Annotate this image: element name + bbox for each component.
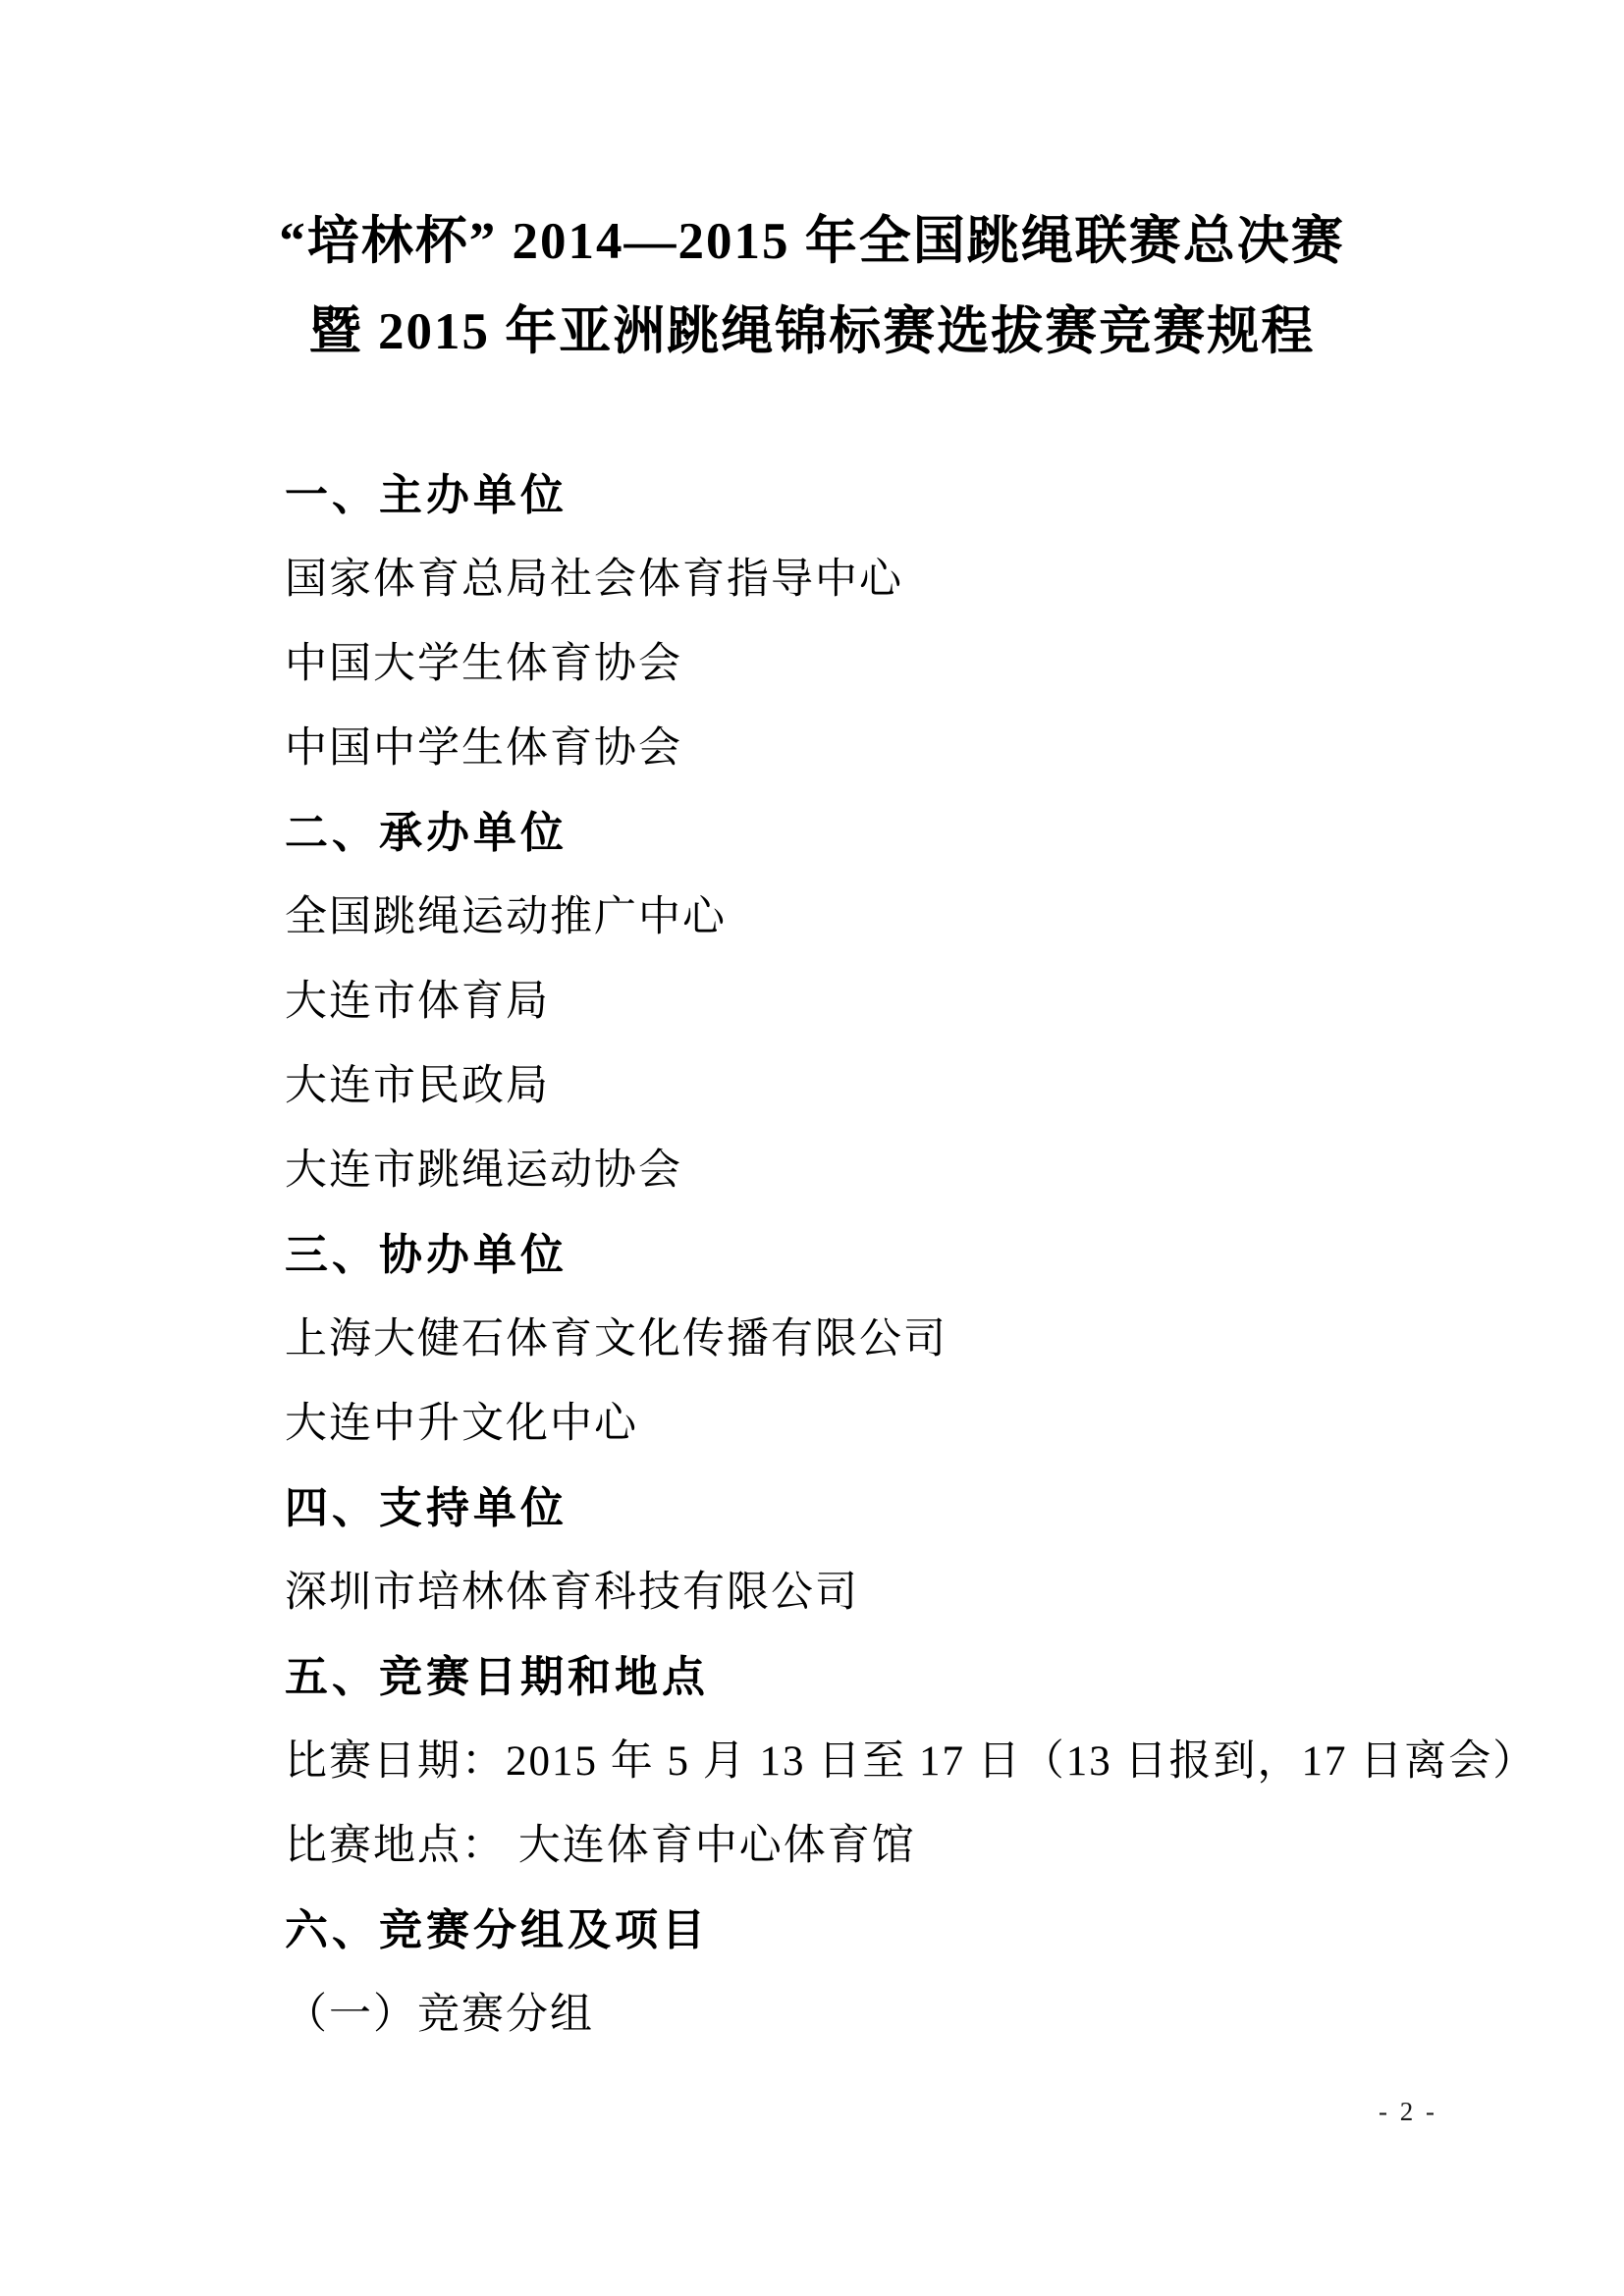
title-line-2: 暨 2015 年亚洲跳绳锦标赛选拔赛竞赛规程 [0,287,1624,377]
section-1-item-2: 中国大学生体育协会 [285,622,1483,707]
section-3-item-2: 大连中升文化中心 [285,1382,1483,1467]
section-5-item-1: 比赛日期：2015 年 5 月 13 日至 17 日（13 日报到，17 日离会… [285,1720,1483,1804]
document-body: 一、主办单位 国家体育总局社会体育指导中心 中国大学生体育协会 中国中学生体育协… [285,454,1483,2057]
section-1-item-3: 中国中学生体育协会 [285,707,1483,791]
document-page: “培林杯” 2014—2015 年全国跳绳联赛总决赛 暨 2015 年亚洲跳绳锦… [0,0,1624,2296]
section-5-heading: 五、竞赛日期和地点 [285,1635,1483,1720]
section-4-item-1: 深圳市培林体育科技有限公司 [285,1551,1483,1635]
section-1-heading: 一、主办单位 [285,454,1483,538]
section-2-item-4: 大连市跳绳运动协会 [285,1129,1483,1213]
document-title: “培林杯” 2014—2015 年全国跳绳联赛总决赛 暨 2015 年亚洲跳绳锦… [0,196,1624,377]
section-6-item-1: （一）竞赛分组 [285,1973,1483,2057]
section-6-heading: 六、竞赛分组及项目 [285,1889,1483,1973]
section-2-item-2: 大连市体育局 [285,960,1483,1044]
section-2-heading: 二、承办单位 [285,791,1483,876]
section-4-heading: 四、支持单位 [285,1467,1483,1551]
section-2-item-3: 大连市民政局 [285,1044,1483,1129]
section-1-item-1: 国家体育总局社会体育指导中心 [285,538,1483,622]
section-2-item-1: 全国跳绳运动推广中心 [285,876,1483,960]
page-number: - 2 - [1379,2097,1437,2127]
section-5-item-2: 比赛地点： 大连体育中心体育馆 [285,1804,1483,1889]
title-line-1: “培林杯” 2014—2015 年全国跳绳联赛总决赛 [0,196,1624,287]
section-3-item-1: 上海大健石体育文化传播有限公司 [285,1298,1483,1382]
section-3-heading: 三、协办单位 [285,1213,1483,1298]
